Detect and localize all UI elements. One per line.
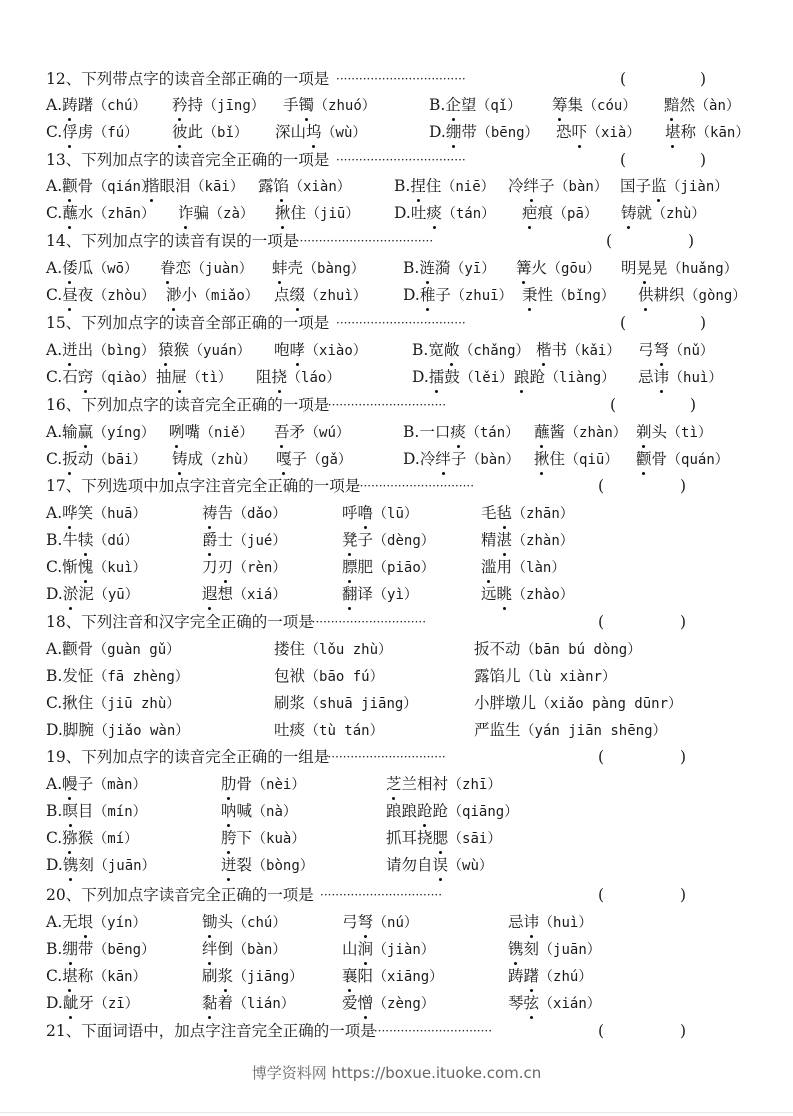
word-item: 扳不动（bān bú dòng）: [474, 636, 641, 663]
option-label: D.: [403, 450, 420, 468]
option-label: B.: [46, 802, 62, 820]
emphasized-character: 供: [638, 282, 654, 308]
emphasized-character: 猿: [158, 337, 174, 363]
word-item: 芝兰相衬（zhī）: [386, 771, 501, 798]
pinyin-annotation: （yuán）: [189, 343, 251, 359]
option-label: A.: [46, 177, 62, 195]
option-label: C.: [46, 967, 62, 985]
question-15-option-row: C.石窍（qiào）抽屉（tì）阻挠（láo）D.擂鼓（lěi）踉跄（liàng…: [46, 364, 766, 390]
word-text: 踌: [508, 967, 524, 985]
emphasized-character: 蘸: [534, 419, 550, 445]
emphasized-character: 弦: [524, 990, 540, 1016]
word-item: B.一口痰（tán）: [403, 419, 519, 446]
emphasized-character: 倭: [62, 255, 78, 281]
pinyin-annotation: （zhuì）: [305, 288, 367, 304]
word-text: 恋: [176, 259, 192, 277]
word-text: 弓: [638, 341, 654, 359]
answer-blank-close-paren: ): [680, 609, 686, 635]
dot-leader: ··································: [336, 66, 618, 92]
word-item: C.俘虏（fú）: [46, 119, 138, 146]
word-item: A.踌躇（chú）: [46, 92, 146, 119]
answer-blank-open-paren: (: [598, 1018, 604, 1044]
answer-blank-close-paren: ): [700, 147, 706, 173]
word-item: D.吐痰（tán）: [394, 200, 495, 227]
question-12-option-row: A.踌躇（chú）矜持（jīng）手镯（zhuó）B.企望（qǐ）筹集（cóu）…: [46, 92, 766, 118]
word-text: 吐痰: [274, 721, 305, 739]
word-text: 精: [481, 531, 497, 549]
word-text: 抽: [156, 368, 172, 386]
word-item: A.哗笑（huā）: [46, 500, 146, 527]
pinyin-annotation: （lù xiànr）: [521, 669, 616, 685]
word-item: 祷告（dǎo）: [202, 500, 286, 527]
pinyin-annotation: （juān）: [539, 942, 601, 958]
emphasized-character: 敞: [444, 337, 460, 363]
word-text: 虏: [78, 123, 94, 141]
dot-leader: ··································: [316, 744, 594, 770]
word-item: 请勿自误（wù）: [386, 852, 493, 879]
word-text: 颧骨: [62, 640, 93, 658]
pinyin-annotation: （yíng）: [93, 425, 155, 441]
word-text: 扳不动: [474, 640, 521, 658]
question-21-stem: 21、下面词语中，加点字注音完全正确的一项是: [46, 1018, 376, 1044]
pinyin-annotation: （yán jiān shēng）: [521, 723, 667, 739]
word-item: 肋骨（nèi）: [221, 771, 305, 798]
word-item: 剃头（tì）: [636, 419, 712, 446]
pinyin-annotation: （tì）: [667, 425, 712, 441]
pinyin-annotation: （kān）: [696, 125, 749, 141]
word-text: 揪住: [62, 694, 93, 712]
pinyin-annotation: （juàn）: [191, 261, 253, 277]
word-text: 刷浆: [274, 694, 305, 712]
word-item: A.颧骨（qián）: [46, 173, 155, 200]
word-text: 住: [550, 450, 566, 468]
word-text: 肥: [358, 558, 374, 576]
word-text: 晃: [652, 259, 668, 277]
word-item: A.倭瓜（wō）: [46, 255, 138, 282]
question-17-option-row: A.哗笑（huā）祷告（dǎo）呼噜（lū）毛毡（zhān）: [46, 500, 766, 526]
emphasized-character: 祷: [202, 500, 218, 526]
emphasized-character: 幔: [62, 771, 78, 797]
pinyin-annotation: （gǎ）: [307, 452, 352, 468]
pinyin-annotation: （zhī）: [448, 777, 501, 793]
word-text: 冷: [508, 177, 524, 195]
pinyin-annotation: （xiá）: [233, 587, 286, 603]
question-18-option-row: A.颧骨（guàn gǔ）搂住（lǒu zhù）扳不动（bān bú dòng）: [46, 636, 766, 662]
option-label: A.: [46, 504, 62, 522]
option-label: C.: [46, 204, 62, 222]
emphasized-character: 稚: [420, 282, 436, 308]
word-item: 疤痕（pā）: [522, 200, 598, 227]
pinyin-annotation: （bāi）: [93, 452, 146, 468]
option-label: B.: [394, 177, 410, 195]
word-item: D.龇牙（zī）: [46, 990, 139, 1017]
option-label: B.: [46, 667, 62, 685]
word-text: 称: [681, 123, 697, 141]
question-17-option-row: D.淤泥（yū）遐想（xiá）翻译（yì）远眺（zhào）: [46, 581, 766, 607]
emphasized-character: 诈: [178, 200, 194, 226]
pinyin-annotation: （yū）: [94, 587, 139, 603]
pinyin-annotation: （làn）: [512, 560, 565, 576]
word-item: 篝火（gōu）: [516, 255, 600, 282]
question-14-option-row: A.倭瓜（wō）眷恋（juàn）蚌壳（bàng）B.涟漪（yī）篝火（gōu）明…: [46, 255, 766, 281]
question-20-stem: 20、下列加点字读音完全正确的一项是: [46, 882, 314, 908]
word-item: 矜持（jīng）: [172, 92, 265, 119]
answer-blank-open-paren: (: [620, 66, 626, 92]
emphasized-character: 颧: [62, 173, 78, 199]
question-title: 16、下列加点字的读音完全正确的一项是: [46, 396, 329, 414]
word-text: 咆: [274, 341, 290, 359]
pinyin-annotation: （zhān）: [93, 206, 155, 222]
pinyin-annotation: （jiǎo wàn）: [94, 723, 189, 739]
word-text: 望: [461, 96, 477, 114]
word-item: 黯然（àn）: [664, 92, 740, 119]
question-13-stem: 13、下列加点字的读音完全正确的一项是: [46, 147, 329, 173]
emphasized-character: 绊: [435, 446, 451, 472]
word-item: 阻挠（láo）: [256, 364, 340, 391]
emphasized-character: 翻: [342, 581, 358, 607]
word-text: 子: [539, 177, 555, 195]
word-text: 爱: [342, 994, 358, 1012]
word-text: 告: [218, 504, 234, 522]
answer-blank-open-paren: (: [598, 609, 604, 635]
emphasized-character: 咧: [169, 419, 185, 445]
word-text: 瓜: [78, 259, 94, 277]
question-title: 18、下列注音和汉字完全正确的一项是: [46, 613, 314, 631]
answer-blank-open-paren: (: [620, 147, 626, 173]
word-item: C.扳动（bāi）: [46, 446, 147, 473]
pinyin-annotation: （láo）: [287, 370, 340, 386]
word-text: 子: [435, 286, 451, 304]
pinyin-annotation: （xián）: [539, 996, 601, 1012]
word-item: 踌躇（zhú）: [508, 963, 592, 990]
pinyin-annotation: （guàn gǔ）: [93, 642, 180, 658]
word-item: 恐吓（xià）: [556, 119, 640, 146]
word-text: 住: [291, 204, 307, 222]
option-label: D.: [394, 204, 411, 222]
emphasized-character: 涟: [419, 255, 435, 281]
option-label: D.: [403, 286, 420, 304]
question-18-option-row: D.脚腕（jiǎo wàn）吐痰（tù tán）严监生（yán jiān shē…: [46, 717, 766, 743]
option-label: B.: [403, 259, 419, 277]
pinyin-annotation: （qiāng）: [448, 804, 518, 820]
emphasized-character: 弩: [654, 337, 670, 363]
word-text: 用: [497, 558, 513, 576]
pinyin-annotation: （lěi）: [460, 370, 513, 386]
pinyin-annotation: （xià）: [587, 125, 640, 141]
word-text: 子: [78, 775, 94, 793]
question-title: 20、下列加点字读音完全正确的一项是: [46, 886, 314, 904]
question-15-stem: 15、下列加点字的读音全部正确的一项是: [46, 310, 329, 336]
emphasized-character: 铸: [172, 446, 188, 472]
word-item: 深山坞（wù）: [275, 119, 366, 146]
word-text: 小: [182, 286, 198, 304]
word-item: C.蘸水（zhān）: [46, 200, 155, 227]
emphasized-character: 蚌: [272, 255, 288, 281]
word-item: A.迸出（bìng）: [46, 337, 155, 364]
word-item: A.无垠（yín）: [46, 909, 146, 936]
word-text: 露: [258, 177, 274, 195]
word-text: 书: [552, 341, 568, 359]
emphasized-character: 楷: [536, 337, 552, 363]
pinyin-annotation: （mí）: [93, 831, 138, 847]
word-item: A.输赢（yíng）: [46, 419, 155, 446]
emphasized-character: 龇: [63, 990, 79, 1016]
word-item: D.镌刻（juān）: [46, 852, 156, 879]
option-label: C.: [46, 829, 62, 847]
question-14-stem: 14、下列加点字的读音有误的一项是: [46, 228, 298, 254]
emphasized-character: 堪: [665, 119, 681, 145]
word-item: D.脚腕（jiǎo wàn）: [46, 717, 189, 744]
word-item: 远眺（zhào）: [481, 581, 574, 608]
word-text: 毛: [481, 504, 497, 522]
word-text: 头: [218, 913, 234, 931]
pinyin-annotation: （wō）: [93, 261, 138, 277]
emphasized-character: 揩: [144, 173, 160, 199]
word-text: 嘴: [185, 423, 201, 441]
pinyin-annotation: （mín）: [93, 804, 146, 820]
word-text: 就: [637, 204, 653, 222]
word-text: 猴: [78, 829, 94, 847]
pinyin-annotation: （wù）: [448, 858, 493, 874]
question-16-option-row: C.扳动（bāi）铸成（zhù）嘎子（gǎ）D.冷绊子（bàn）揪住（qiū）颧…: [46, 446, 766, 472]
word-item: 抓耳挠腮（sāi）: [386, 825, 501, 852]
pinyin-annotation: （xiāng）: [373, 969, 443, 985]
emphasized-character: 绊: [524, 173, 540, 199]
question-title: 14、下列加点字的读音有误的一项是: [46, 232, 298, 250]
pinyin-annotation: （huì）: [539, 915, 592, 931]
word-text: 请勿自: [386, 856, 433, 874]
word-text: 下: [237, 829, 253, 847]
word-item: 蘸酱（zhàn）: [534, 419, 627, 446]
emphasized-character: 哗: [62, 500, 78, 526]
pinyin-annotation: （lián）: [233, 996, 295, 1012]
word-item: D.冷绊子（bàn）: [403, 446, 520, 473]
option-label: A.: [46, 259, 62, 277]
option-label: B.: [46, 940, 62, 958]
word-item: 弓弩（nǔ）: [638, 337, 714, 364]
pinyin-annotation: （qiū）: [565, 452, 618, 468]
dot-leader: ································: [352, 473, 594, 499]
word-item: 呼噜（lū）: [342, 500, 418, 527]
question-13-option-row: C.蘸水（zhān）诈骗（zà）揪住（jiū）D.吐痰（tán）疤痕（pā）铸就…: [46, 200, 766, 226]
option-label: C.: [46, 558, 62, 576]
word-item: 楷书（kǎi）: [536, 337, 620, 364]
emphasized-character: 刃: [218, 554, 234, 580]
question-14-option-row: C.昼夜（zhòu）渺小（miǎo）点缀（zhuì）D.稚子（zhuī）秉性（b…: [46, 282, 766, 308]
emphasized-character: 窍: [78, 364, 94, 390]
word-text: 无: [62, 913, 78, 931]
question-20-option-row: B.绷带（bēng）绊倒（bàn）山涧（jiàn）镌刻（juān）: [46, 936, 766, 962]
word-text: 恐: [556, 123, 572, 141]
word-text: 宽: [428, 341, 444, 359]
word-text: 火: [532, 259, 548, 277]
word-item: 国子监（jiàn）: [620, 173, 728, 200]
word-item: 堪称（kān）: [665, 119, 749, 146]
pinyin-annotation: （zhú）: [539, 969, 592, 985]
pinyin-annotation: （tù tán）: [305, 723, 384, 739]
emphasized-character: 愧: [78, 554, 94, 580]
word-text: 水: [78, 204, 94, 222]
word-item: C.石窍（qiào）: [46, 364, 155, 391]
question-19-stem: 19、下列加点字的读音完全正确的一组是: [46, 744, 329, 770]
word-text: 成: [188, 450, 204, 468]
emphasized-character: 绷: [446, 119, 462, 145]
question-title: 12、下列带点字的读音全部正确的一项是: [46, 70, 329, 88]
emphasized-character: 浆: [218, 963, 234, 989]
word-text: 住: [426, 177, 442, 195]
emphasized-character: 嘎: [276, 446, 292, 472]
question-19-option-row: C.猕猴（mí）胯下（kuà）抓耳挠腮（sāi）: [46, 825, 766, 851]
word-item: 吾矛（wú）: [274, 419, 350, 446]
word-item: 蚌壳（bàng）: [272, 255, 365, 282]
option-label: C.: [46, 368, 62, 386]
word-item: 踉跄（liàng）: [514, 364, 615, 391]
emphasized-character: 铸: [621, 200, 637, 226]
pinyin-annotation: （huā）: [93, 506, 146, 522]
answer-blank-open-paren: (: [598, 882, 604, 908]
pinyin-annotation: （zhù）: [652, 206, 705, 222]
option-label: C.: [46, 450, 62, 468]
word-text: 呼: [342, 504, 358, 522]
word-item: 山涧（jiàn）: [342, 936, 435, 963]
exam-page: 12、下列带点字的读音全部正确的一项是·····················…: [0, 0, 793, 1116]
word-item: 渺小（miǎo）: [166, 282, 259, 309]
pinyin-annotation: （xiào）: [305, 343, 367, 359]
option-label: B.: [46, 531, 62, 549]
word-item: 露馅（xiàn）: [258, 173, 351, 200]
word-text: 忌: [508, 913, 524, 931]
word-item: 遐想（xiá）: [202, 581, 286, 608]
emphasized-character: 踉: [514, 364, 530, 390]
pinyin-annotation: （miǎo）: [197, 288, 259, 304]
answer-blank-close-paren: ): [700, 310, 706, 336]
word-text: 骨: [78, 177, 94, 195]
word-item: 严监生（yán jiān shēng）: [474, 717, 667, 744]
emphasized-character: 滥: [481, 554, 497, 580]
word-item: 绊倒（bàn）: [202, 936, 286, 963]
pinyin-annotation: （cóu）: [583, 98, 636, 114]
word-item: 爱憎（zèng）: [342, 990, 435, 1017]
pinyin-annotation: （kuà）: [252, 831, 305, 847]
word-item: 忌讳（huì）: [508, 909, 592, 936]
word-item: 凳子（dèng）: [342, 527, 435, 554]
pinyin-annotation: （lū）: [373, 506, 418, 522]
emphasized-character: 跄: [417, 798, 433, 824]
word-item: 筹集（cóu）: [552, 92, 636, 119]
word-text: 深山: [275, 123, 306, 141]
word-item: 颧骨（quán）: [636, 446, 729, 473]
answer-blank-close-paren: ): [680, 744, 686, 770]
word-text: 矛: [290, 423, 306, 441]
question-title: 15、下列加点字的读音全部正确的一项是: [46, 314, 329, 332]
pinyin-annotation: （lǒu zhù）: [305, 642, 392, 658]
pinyin-annotation: （tì）: [187, 370, 232, 386]
word-text: 持: [188, 96, 204, 114]
pinyin-annotation: （zhuī）: [451, 288, 513, 304]
word-item: B.牛犊（dú）: [46, 527, 138, 554]
word-item: 刷浆（jiāng）: [202, 963, 303, 990]
dot-leader: ································: [370, 1018, 596, 1044]
word-item: 吐痰（tù tán）: [274, 717, 384, 744]
word-text: 琴: [508, 994, 524, 1012]
word-item: 猿猴（yuán）: [158, 337, 251, 364]
emphasized-character: 弩: [358, 909, 374, 935]
word-item: D.淤泥（yū）: [46, 581, 139, 608]
option-label: D.: [429, 123, 446, 141]
emphasized-character: 垠: [78, 909, 94, 935]
pinyin-annotation: （niě）: [200, 425, 253, 441]
emphasized-character: 蘸: [62, 200, 78, 226]
question-12-option-row: C.俘虏（fú）彼此（bǐ）深山坞（wù）D.绷带（bēng）恐吓（xià）堪称…: [46, 119, 766, 145]
option-label: C.: [46, 694, 62, 712]
question-18-stem: 18、下列注音和汉字完全正确的一项是: [46, 609, 314, 635]
word-item: D.稚子（zhuī）: [403, 282, 513, 309]
pinyin-annotation: （tán）: [466, 425, 519, 441]
answer-blank-open-paren: (: [620, 310, 626, 336]
pinyin-annotation: （zī）: [94, 996, 139, 1012]
word-text: 子: [451, 450, 467, 468]
pinyin-annotation: （shuā jiāng）: [305, 696, 417, 712]
pinyin-annotation: （gōu）: [547, 261, 600, 277]
pinyin-annotation: （qǐ）: [476, 98, 521, 114]
word-item: B.发怔（fā zhèng）: [46, 663, 189, 690]
question-20-option-row: D.龇牙（zī）黏着（lián）爱憎（zèng）琴弦（xián）: [46, 990, 766, 1016]
pinyin-annotation: （bēng）: [477, 125, 539, 141]
emphasized-character: 坞: [306, 119, 322, 145]
emphasized-character: 绊: [202, 936, 218, 962]
pinyin-annotation: （piāo）: [373, 560, 435, 576]
word-item: 嘎子（gǎ）: [276, 446, 352, 473]
answer-blank-open-paren: (: [606, 228, 612, 254]
word-item: C.惭愧（kuì）: [46, 554, 147, 581]
word-text: 笑: [78, 504, 94, 522]
word-text: 骗: [194, 204, 210, 222]
word-text: 裂: [237, 856, 253, 874]
word-text: 刻: [78, 856, 94, 874]
pinyin-annotation: （zhān）: [512, 506, 574, 522]
word-text: 带: [461, 123, 477, 141]
dot-leader: ································: [304, 609, 594, 635]
word-item: 手镯（zhuó）: [283, 92, 376, 119]
emphasized-character: 扳: [62, 446, 78, 472]
word-item: B.暝目（mín）: [46, 798, 147, 825]
word-item: 眷恋（juàn）: [160, 255, 253, 282]
word-text: 刷: [202, 967, 218, 985]
word-item: 揪住（jiū）: [275, 200, 359, 227]
pinyin-annotation: （bǐng）: [553, 288, 615, 304]
pinyin-annotation: （zà）: [209, 206, 254, 222]
word-item: 镌刻（juān）: [508, 936, 601, 963]
word-text: 泥: [78, 585, 94, 603]
word-text: 远: [481, 585, 497, 603]
pinyin-annotation: （jiāng）: [233, 969, 303, 985]
pinyin-annotation: （zhù）: [203, 452, 256, 468]
emphasized-character: 晃: [637, 255, 653, 281]
pinyin-annotation: （xiǎo pàng dūnr）: [536, 696, 682, 712]
question-16-option-row: A.输赢（yíng）咧嘴（niě）吾矛（wú）B.一口痰（tán）蘸酱（zhàn…: [46, 419, 766, 445]
word-text: 阻: [256, 368, 272, 386]
word-text: 兰相衬: [402, 775, 449, 793]
emphasized-character: 噜: [358, 500, 374, 526]
word-text: 漪: [435, 259, 451, 277]
word-item: 诈骗（zà）: [178, 200, 254, 227]
pinyin-annotation: （jiàn）: [373, 942, 435, 958]
pinyin-annotation: （kuì）: [93, 560, 146, 576]
question-title: 19、下列加点字的读音完全正确的一组是: [46, 748, 329, 766]
question-12-stem: 12、下列带点字的读音全部正确的一项是: [46, 66, 329, 92]
word-item: 抽屉（tì）: [156, 364, 232, 391]
option-label: A.: [46, 640, 62, 658]
